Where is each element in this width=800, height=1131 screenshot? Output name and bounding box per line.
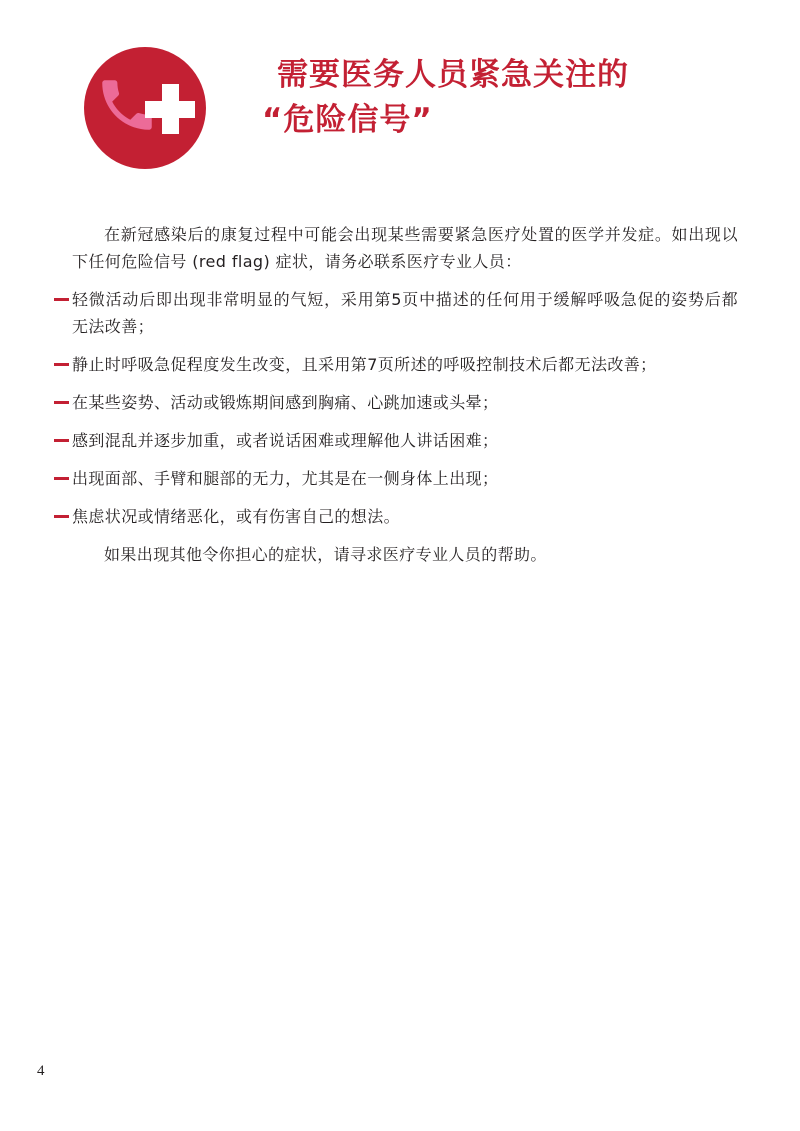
list-item: 在某些姿势、活动或锻炼期间感到胸痛、心跳加速或头晕； — [72, 389, 738, 416]
medical-cross-icon — [145, 84, 195, 134]
document-page: 需要医务人员紧急关注的 “危险信号” 在新冠感染后的康复过程中可能会出现某些需要… — [0, 0, 800, 1131]
list-item-text: 在某些姿势、活动或锻炼期间感到胸痛、心跳加速或头晕； — [72, 393, 498, 412]
red-dash-marker — [54, 298, 69, 301]
intro-paragraph: 在新冠感染后的康复过程中可能会出现某些需要紧急医疗处置的医学并发症。如出现以下任… — [72, 221, 738, 275]
list-item: 静止时呼吸急促程度发生改变，且采用第7页所述的呼吸控制技术后都无法改善； — [72, 351, 738, 378]
red-dash-marker — [54, 515, 69, 518]
body-content: 在新冠感染后的康复过程中可能会出现某些需要紧急医疗处置的医学并发症。如出现以下任… — [72, 221, 738, 568]
list-item: 出现面部、手臂和腿部的无力，尤其是在一侧身体上出现； — [72, 465, 738, 492]
list-item-text: 出现面部、手臂和腿部的无力，尤其是在一侧身体上出现； — [72, 469, 498, 488]
list-item: 轻微活动后即出现非常明显的气短，采用第5页中描述的任何用于缓解呼吸急促的姿势后都… — [72, 286, 738, 340]
red-dash-marker — [54, 439, 69, 442]
red-dash-marker — [54, 477, 69, 480]
list-item: 焦虑状况或情绪恶化，或有伤害自己的想法。 — [72, 503, 738, 530]
page-number: 4 — [37, 1063, 45, 1080]
page-title-line2: “危险信号” — [262, 98, 742, 143]
list-item-text: 焦虑状况或情绪恶化，或有伤害自己的想法。 — [72, 507, 400, 526]
list-item: 感到混乱并逐步加重，或者说话困难或理解他人讲话困难； — [72, 427, 738, 454]
list-item-text: 静止时呼吸急促程度发生改变，且采用第7页所述的呼吸控制技术后都无法改善； — [72, 355, 657, 374]
list-item-text: 感到混乱并逐步加重，或者说话困难或理解他人讲话困难； — [72, 431, 498, 450]
list-item-text: 轻微活动后即出现非常明显的气短，采用第5页中描述的任何用于缓解呼吸急促的姿势后都… — [72, 290, 738, 336]
page-title: 需要医务人员紧急关注的 “危险信号” — [262, 53, 742, 143]
closing-paragraph: 如果出现其他令你担心的症状，请寻求医疗专业人员的帮助。 — [72, 541, 738, 568]
emergency-contact-badge — [84, 47, 206, 169]
red-dash-marker — [54, 363, 69, 366]
red-flag-list: 轻微活动后即出现非常明显的气短，采用第5页中描述的任何用于缓解呼吸急促的姿势后都… — [72, 286, 738, 530]
cross-horizontal-bar — [145, 101, 195, 118]
page-title-line1: 需要医务人员紧急关注的 — [277, 53, 742, 98]
red-dash-marker — [54, 401, 69, 404]
